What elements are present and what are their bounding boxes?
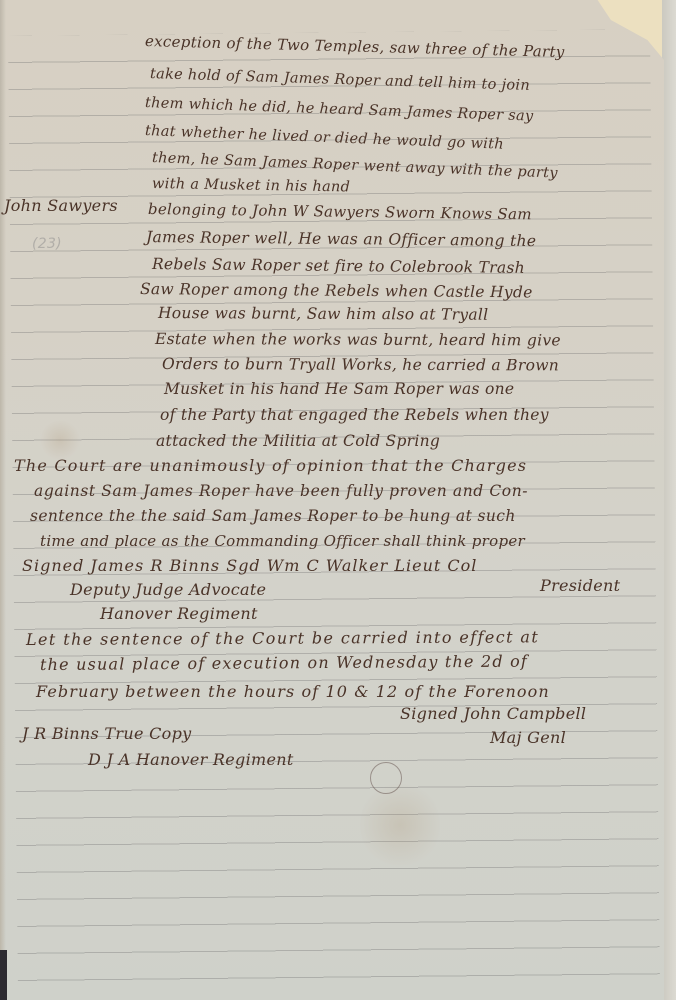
text-line: Deputy Judge Advocate <box>70 580 266 599</box>
text-line: Saw Roper among the Rebels when Castle H… <box>140 280 533 301</box>
text-line: House was burnt, Saw him also at Tryall <box>158 304 489 324</box>
manuscript-page: (23) exception of the Two Temples, saw t… <box>0 0 676 1000</box>
text-line: Hanover Regiment <box>100 604 258 623</box>
text-line: with a Musket in his hand <box>152 176 350 195</box>
text-line: Rebels Saw Roper set fire to Colebrook T… <box>152 255 525 277</box>
text-line: of the Party that engaged the Rebels whe… <box>160 406 549 424</box>
text-line: that whether he lived or died he would g… <box>145 123 505 153</box>
text-line: sentence the the said Sam James Roper to… <box>30 507 516 525</box>
text-line: Signed John Campbell <box>400 704 586 723</box>
text-line: February between the hours of 10 & 12 of… <box>36 682 550 701</box>
text-line: Orders to burn Tryall Works, he carried … <box>162 355 559 374</box>
margin-witness-name: John Sawyers <box>4 196 118 215</box>
text-line: James Roper well, He was an Officer amon… <box>146 228 536 250</box>
text-line: The Court are unanimously of opinion tha… <box>14 456 527 475</box>
faded-page-number: (23) <box>32 236 62 252</box>
text-line: attacked the Militia at Cold Spring <box>156 432 440 450</box>
text-line: Musket in his hand He Sam Roper was one <box>164 380 514 398</box>
text-line: against Sam James Roper have been fully … <box>34 482 528 500</box>
text-line: President <box>540 576 620 595</box>
text-line: exception of the Two Temples, saw three … <box>145 32 565 61</box>
text-line: Estate when the works was burnt, heard h… <box>155 330 561 349</box>
text-line: D J A Hanover Regiment <box>88 750 294 769</box>
ink-stamp-mark <box>370 762 402 794</box>
text-line: J R Binns True Copy <box>22 724 191 743</box>
text-line: Maj Genl <box>490 728 566 747</box>
text-line: Signed James R Binns Sgd Wm C Walker Lie… <box>22 556 477 575</box>
text-line: take hold of Sam James Roper and tell hi… <box>150 66 530 94</box>
text-line: Let the sentence of the Court be carried… <box>26 627 539 649</box>
text-line: the usual place of execution on Wednesda… <box>40 652 528 674</box>
text-line: belonging to John W Sawyers Sworn Knows … <box>148 200 532 223</box>
text-line: time and place as the Commanding Officer… <box>40 532 525 550</box>
text-line: them which he did, he heard Sam James Ro… <box>145 95 534 125</box>
handwritten-text: (23) exception of the Two Temples, saw t… <box>0 0 676 1000</box>
